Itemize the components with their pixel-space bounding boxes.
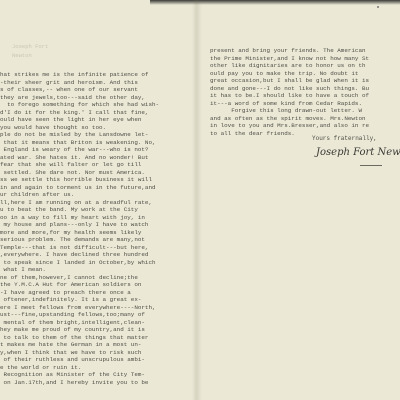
text-line: ss we settle this horrible business it w… bbox=[0, 176, 159, 184]
text-line: more and more,for my health seems likely bbox=[0, 229, 159, 237]
right-page-body: present and bring your friends. The Amer… bbox=[210, 47, 369, 137]
text-line: it---a word of some kind from Cedar Rapi… bbox=[210, 100, 369, 108]
text-line: great occasion,but I shall be glad when … bbox=[210, 77, 369, 85]
text-line: mental of them bright,intelligent,clean- bbox=[0, 319, 159, 327]
text-line: s of classes,-- when one of our servant bbox=[0, 86, 159, 94]
text-line: they are jewels,too---said the other day… bbox=[0, 94, 159, 102]
text-line: in and again to torment us in the future… bbox=[0, 184, 159, 192]
text-line: ould pay you to make the trip. No doubt … bbox=[210, 70, 369, 78]
text-line: my house and plans---only I have to watc… bbox=[0, 221, 159, 229]
text-line: serious problem. The demands are many,no… bbox=[0, 236, 159, 244]
text-line: ated war. She hates it. And no wonder! B… bbox=[0, 154, 159, 162]
text-line: ll,here I am running on at a dreadful ra… bbox=[0, 199, 159, 207]
text-line: to talk to them of the things that matte… bbox=[0, 334, 159, 342]
text-line: Forgive this long drawn-out letter. W bbox=[210, 107, 369, 115]
signature-underline bbox=[360, 165, 382, 166]
text-line: and as often as the spirit moves. Mrs.Ne… bbox=[210, 115, 369, 123]
text-line: -I have agreed to preach there once a bbox=[0, 289, 159, 297]
text-line: ould have seen the light in her eye when bbox=[0, 116, 159, 124]
right-page: present and bring your friends. The Amer… bbox=[200, 0, 400, 400]
text-line: the Y.M.C.A Hut for American soldiers on bbox=[0, 281, 159, 289]
text-line: t makes me hate the German in a most un- bbox=[0, 341, 159, 349]
text-line: hat strikes me is the infinite patience … bbox=[0, 71, 159, 79]
text-line: oo in a way to fill my heart with joy, i… bbox=[0, 214, 159, 222]
text-line: England is weary of the war---who is not… bbox=[0, 146, 159, 154]
text-line: u to beat the band. My work at the City bbox=[0, 206, 159, 214]
text-line: ne of them,however,I cannot decline;the bbox=[0, 274, 159, 282]
text-line: e the world or ruin it. bbox=[0, 364, 159, 372]
text-line: ,everywhere. I have declined three hundr… bbox=[0, 251, 159, 259]
text-line: y,when I think that we have to risk such bbox=[0, 349, 159, 357]
text-line: what I mean. bbox=[0, 266, 159, 274]
text-line: fear that she will falter or let go till bbox=[0, 161, 159, 169]
open-letter-spread: Joseph Fort Newton hat strikes me is the… bbox=[0, 0, 400, 400]
text-line: of their ruthless and unscrupulous ambi- bbox=[0, 356, 159, 364]
handwritten-signature: Joseph Fort Newton bbox=[316, 147, 400, 158]
text-line: Recognition as Minister of the City Tem- bbox=[0, 371, 159, 379]
text-line: the Prime Minister,and I know not how ma… bbox=[210, 55, 369, 63]
text-line: you would have thought so too. bbox=[0, 124, 159, 132]
text-line: ple do not be misled by the Lansdowne le… bbox=[0, 131, 159, 139]
text-line: present and bring your friends. The Amer… bbox=[210, 47, 369, 55]
text-line: to forego something for which she had wi… bbox=[0, 101, 159, 109]
left-page-body: hat strikes me is the infinite patience … bbox=[0, 71, 159, 386]
text-line: oftener,indefinitely. It is a great ex- bbox=[0, 296, 159, 304]
text-line: d'I do it for the king.' I call that fin… bbox=[0, 109, 159, 117]
text-line: done and gone---I do not like such thing… bbox=[210, 85, 369, 93]
text-line: ere I meet fellows from everywhere----No… bbox=[0, 304, 159, 312]
text-line: settled. She dare not. Nor must America. bbox=[0, 169, 159, 177]
text-line: that it means that Briton is weakening. … bbox=[0, 139, 159, 147]
text-line: Temple---that is not difficult---but her… bbox=[0, 244, 159, 252]
left-page: Joseph Fort Newton hat strikes me is the… bbox=[0, 0, 196, 400]
text-line: to speak since I landed in October,by wh… bbox=[0, 259, 159, 267]
text-line: in love to you and Mrs.Bresser,and also … bbox=[210, 122, 369, 130]
text-line: ur children after us. bbox=[0, 191, 159, 199]
text-line: -their sheer grit and heroism. And this bbox=[0, 79, 159, 87]
text-line: other like dignitaries are to honor us o… bbox=[210, 62, 369, 70]
faint-bleed-through-line-2: Newton bbox=[12, 52, 32, 59]
text-line: hey make me proud of my country,and it i… bbox=[0, 326, 159, 334]
text-line: ust---fine,upstanding fellows,too;many o… bbox=[0, 311, 159, 319]
paper-speck bbox=[377, 6, 379, 8]
text-line: it has to be.I should like to have a tou… bbox=[210, 92, 369, 100]
text-line: on Jan.17th,and I hereby invite you to b… bbox=[0, 379, 159, 387]
faint-bleed-through-line-1: Joseph Fort bbox=[12, 43, 48, 50]
closing-line: Yours fraternally, bbox=[312, 135, 377, 142]
